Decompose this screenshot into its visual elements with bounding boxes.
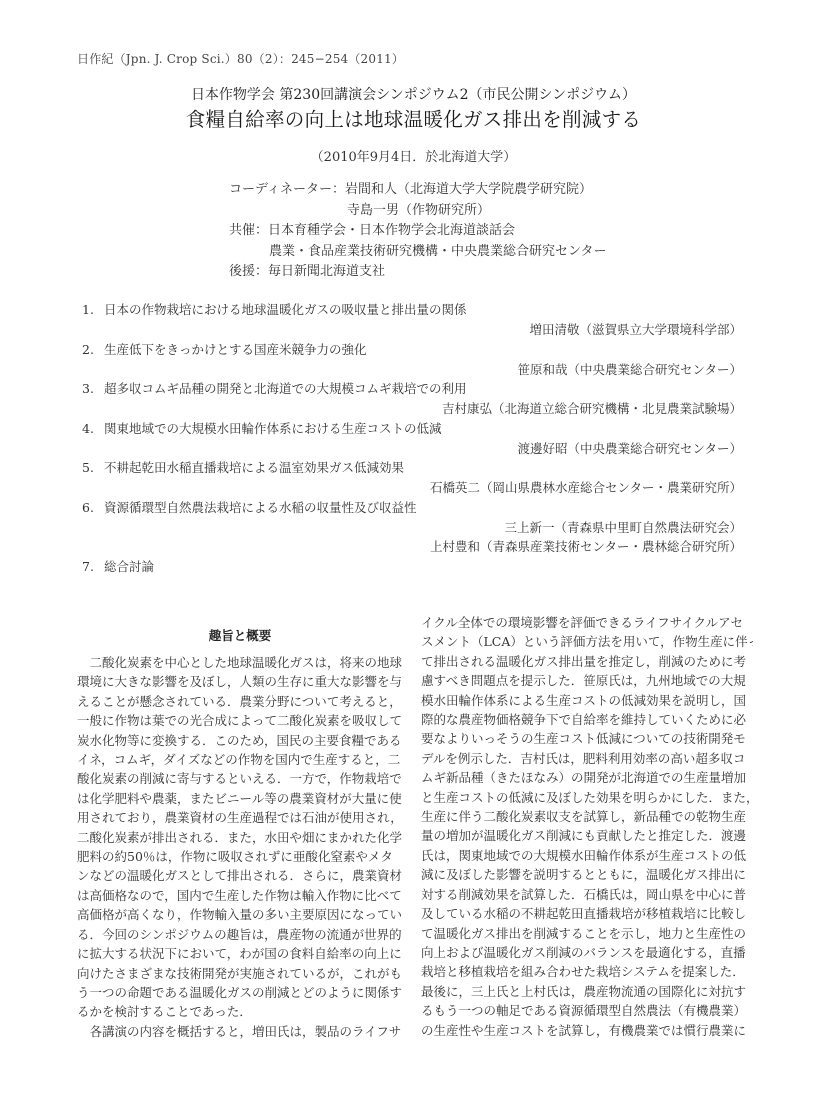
cohost-label: 共催： [229,223,268,238]
text-line: に拡大する状況下において，わが国の食料自給率の向上に [77,944,403,963]
program-item-speaker: 上村豊和（青森県産業技術センター・農林総合研究所） [82,537,742,557]
program-item-title-row: 4.関東地域での大規模水田輪作体系における生産コストの低減 [82,419,742,439]
program-item-title: 総合討論 [104,559,154,574]
text-line: の生産性や生産コストを試算し，有機農業では慣行農業に [421,1021,753,1040]
text-line: ンなどの温暖化ガスとして排出される．さらに，農業資材 [77,866,403,885]
text-line: る．今回のシンポジウムの趣旨は，農産物の流通が世界的 [77,925,403,944]
summary-column-right: イクル全体での環境影響を評価できるライフサイクルアセスメント（LCA）という評価… [421,613,753,1040]
program-item-number: 3. [82,379,104,399]
support-label: 後援： [229,264,268,279]
text-line: て温暖化ガス排出を削減することを示し，地力と生産性の [421,924,753,943]
program-item-speaker: 笹原和哉（中央農業総合研究センター） [82,360,742,380]
text-line: るかを検討することであった． [77,1002,403,1021]
text-line: 対する削減効果を試算した．石橋氏は，岡山県を中心に普 [421,885,753,904]
text-line: 氏は，関東地域での大規模水田輪作体系が生産コストの低 [421,846,753,865]
program-item: 4.関東地域での大規模水田輪作体系における生産コストの低減渡邊好昭（中央農業総合… [82,419,742,459]
program-item-number: 2. [82,340,104,360]
program-item: 7.総合討論 [82,557,742,577]
symposium-subtitle: 日本作物学会 第230回講演会シンポジウム2（市民公開シンポジウム） [0,84,827,104]
text-line: 環境に大きな影響を及ぼし，人類の生存に重大な影響を与 [77,672,403,691]
program-item-speaker: 増田清敬（滋賀県立大学環境科学部） [82,320,742,340]
program-item-title-row: 7.総合討論 [82,557,742,577]
text-line: う一つの命題である温暖化ガスの削減とどのように関係す [77,983,403,1002]
program-item: 1.日本の作物栽培における地球温暖化ガスの吸収量と排出量の関係増田清敬（滋賀県立… [82,300,742,340]
text-line: 向上および温暖化ガス削減のバランスを最適化する，直播 [421,943,753,962]
text-line: て排出される温暖化ガス排出量を推定し，削減のために考 [421,652,753,671]
program-item-speaker: 吉村康弘（北海道立総合研究機構・北見農業試験場） [82,399,742,419]
program-item-title: 超多収コムギ品種の開発と北海道での大規模コムギ栽培での利用 [104,381,467,396]
journal-reference: 日作紀（Jpn. J. Crop Sci.）80（2）：245−254（2011… [77,50,404,67]
text-line: 一般に作物は葉での光合成によって二酸化炭素を吸収して [77,711,403,730]
program-item: 5.不耕起乾田水稲直播栽培による温室効果ガス低減効果石橋英二（岡山県農林水産総合… [82,458,742,498]
support-row: 後援：毎日新聞北海道支社 [229,262,606,283]
text-line: 栽培と移植栽培を組み合わせた栽培システムを提案した． [421,962,753,981]
program-item-speaker: 石橋英二（岡山県農林水産総合センター・農業研究所） [82,478,742,498]
text-line: と生産コストの低減に及ぼした効果を明らかにした．また， [421,788,753,807]
program-item-title: 生産低下をきっかけとする国産米競争力の強化 [104,342,367,357]
program-item-title-row: 2.生産低下をきっかけとする国産米競争力の強化 [82,340,742,360]
program-item-title: 日本の作物栽培における地球温暖化ガスの吸収量と排出量の関係 [104,302,467,317]
cohost-row-2: 農業・食品産業技術研究機構・中央農業総合研究センター [229,242,606,263]
section-heading: 趣旨と概要 [75,626,405,644]
program-item-title: 資源循環型自然農法栽培による水稲の収量性及び収益性 [104,500,417,515]
text-line: スメント（LCA）という評価方法を用いて，作物生産に伴っ [421,632,753,651]
program-item-title-row: 5.不耕起乾田水稲直播栽培による温室効果ガス低減効果 [82,458,742,478]
program-item-title: 不耕起乾田水稲直播栽培による温室効果ガス低減効果 [104,460,404,475]
program-item-number: 5. [82,458,104,478]
text-line: 慮すべき問題点を提示した．笹原氏は，九州地域での大規 [421,671,753,690]
program-item-speaker: 渡邊好昭（中央農業総合研究センター） [82,439,742,459]
cohost-2: 農業・食品産業技術研究機構・中央農業総合研究センター [269,244,606,259]
text-line: 要なよりいっそうの生産コスト低減についての技術開発モ [421,729,753,748]
text-line: 用されており，農業資材の生産過程では石油が使用され， [77,808,403,827]
program-item-number: 6. [82,498,104,518]
program-item-title: 関東地域での大規模水田輪作体系における生産コストの低減 [104,421,442,436]
coordinator-row: コーディネーター：岩間和人（北海道大学大学院農学研究院） [229,180,606,201]
program-list: 1.日本の作物栽培における地球温暖化ガスの吸収量と排出量の関係増田清敬（滋賀県立… [82,300,742,577]
page-title: 食糧自給率の向上は地球温暖化ガス排出を削減する [0,104,827,132]
program-item-number: 4. [82,419,104,439]
program-item-speaker: 三上新一（青森県中里町自然農法研究会） [82,518,742,538]
text-line: 酸化炭素の削減に寄与するといえる．一方で，作物栽培で [77,769,403,788]
program-item: 2.生産低下をきっかけとする国産米競争力の強化笹原和哉（中央農業総合研究センター… [82,340,742,380]
text-line: は高価格なので，国内で生産した作物は輸入作物に比べて [77,886,403,905]
program-item-number: 7. [82,557,104,577]
text-line: 二酸化炭素を中心とした地球温暖化ガスは，将来の地球 [77,653,403,672]
text-line: 生産に伴う二酸化炭素収支を試算し，新品種での乾物生産 [421,807,753,826]
program-item-number: 1. [82,300,104,320]
program-item-title-row: 1.日本の作物栽培における地球温暖化ガスの吸収量と排出量の関係 [82,300,742,320]
program-item-title-row: 6.資源循環型自然農法栽培による水稲の収量性及び収益性 [82,498,742,518]
text-line: 減に及ぼした影響を説明するとともに，温暖化ガス排出に [421,865,753,884]
summary-column-left: 二酸化炭素を中心とした地球温暖化ガスは，将来の地球環境に大きな影響を及ぼし，人類… [77,653,403,1041]
text-line: ムギ新品種（きたほなみ）の開発が北海道での生産量増加 [421,768,753,787]
text-line: 向けたさまざまな技術開発が実施されているが，これがも [77,964,403,983]
text-line: は化学肥料や農薬，またビニール等の農業資材が大量に使 [77,789,403,808]
text-line: 肥料の約50％は，作物に吸収されずに亜酸化窒素やメタ [77,847,403,866]
text-line: えることが懸念されている．農業分野について考えると， [77,692,403,711]
support-value: 毎日新聞北海道支社 [268,264,385,279]
text-line: デルを例示した．吉村氏は，肥料利用効率の高い超多収コ [421,749,753,768]
text-line: 二酸化炭素が排出される．また，水田や畑にまかれた化学 [77,828,403,847]
text-line: るもう一つの軸足である資源循環型自然農法（有機農業） [421,1001,753,1020]
text-line: 高価格が高くなり，作物輸入量の多い主要原因になってい [77,905,403,924]
text-line: 最後に，三上氏と上村氏は，農産物流通の国際化に対抗す [421,982,753,1001]
cohost-row: 共催：日本育種学会・日本作物学会北海道談話会 [229,221,606,242]
text-line: イクル全体での環境影響を評価できるライフサイクルアセ [421,613,753,632]
text-line: 各講演の内容を概括すると，増田氏は，製品のライフサ [77,1022,403,1041]
coordinator-2: 寺島一男（作物研究所） [347,203,490,218]
text-line: イネ，コムギ，ダイズなどの作物を国内で生産すると，二 [77,750,403,769]
program-item-title-row: 3.超多収コムギ品種の開発と北海道での大規模コムギ栽培での利用 [82,379,742,399]
text-line: 量の増加が温暖化ガス削減にも貢献したと推定した．渡邊 [421,826,753,845]
program-item: 3.超多収コムギ品種の開発と北海道での大規模コムギ栽培での利用吉村康弘（北海道立… [82,379,742,419]
cohost-1: 日本育種学会・日本作物学会北海道談話会 [268,223,515,238]
coordinator-label: コーディネーター： [229,182,345,197]
text-line: 模水田輪作体系による生産コストの低減効果を説明し，国 [421,691,753,710]
date-place: （2010年9月4日．於北海道大学） [0,146,827,165]
coordinator-1: 岩間和人（北海道大学大学院農学研究院） [345,182,592,197]
organizers-block: コーディネーター：岩間和人（北海道大学大学院農学研究院） 寺島一男（作物研究所）… [229,180,606,283]
text-line: 際的な農産物価格競争下で自給率を維持していくために必 [421,710,753,729]
coordinator-row-2: 寺島一男（作物研究所） [229,201,606,222]
text-line: 及している水稲の不耕起乾田直播栽培が移植栽培に比較し [421,904,753,923]
text-line: 炭水化物等に変換する．このため，国民の主要食糧である [77,731,403,750]
program-item: 6.資源循環型自然農法栽培による水稲の収量性及び収益性三上新一（青森県中里町自然… [82,498,742,557]
